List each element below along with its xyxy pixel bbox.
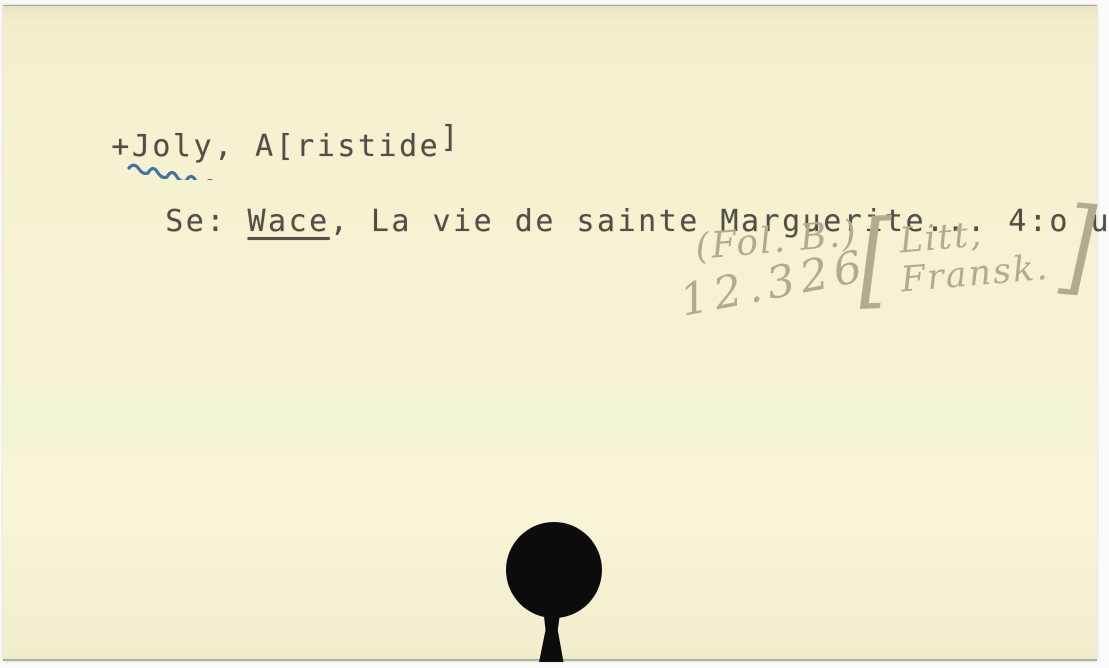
- page-background: { "card": { "heading": { "marker": "+", …: [0, 0, 1109, 668]
- heading-marker: +: [111, 129, 132, 164]
- heading-closing-bracket: ]: [440, 123, 461, 153]
- heading-surname: Joly: [132, 129, 214, 164]
- catalog-card: +Joly , A[ristide] Se: Wace, La vie de s…: [3, 5, 1097, 661]
- pencil-category-note: [ Litt, Fransk. ]: [853, 202, 1100, 309]
- category-open-bracket: [: [856, 209, 894, 309]
- heading-forename: , A[ristide: [214, 129, 440, 164]
- category-close-bracket: ]: [1058, 195, 1098, 297]
- reference-linked-name: Wace: [248, 204, 330, 239]
- rod-hole-icon: [506, 522, 602, 618]
- reference-prefix: Se:: [165, 204, 247, 239]
- category-lines: Litt, Fransk.: [898, 213, 1049, 298]
- heading-surname-wrap: Joly: [132, 132, 214, 162]
